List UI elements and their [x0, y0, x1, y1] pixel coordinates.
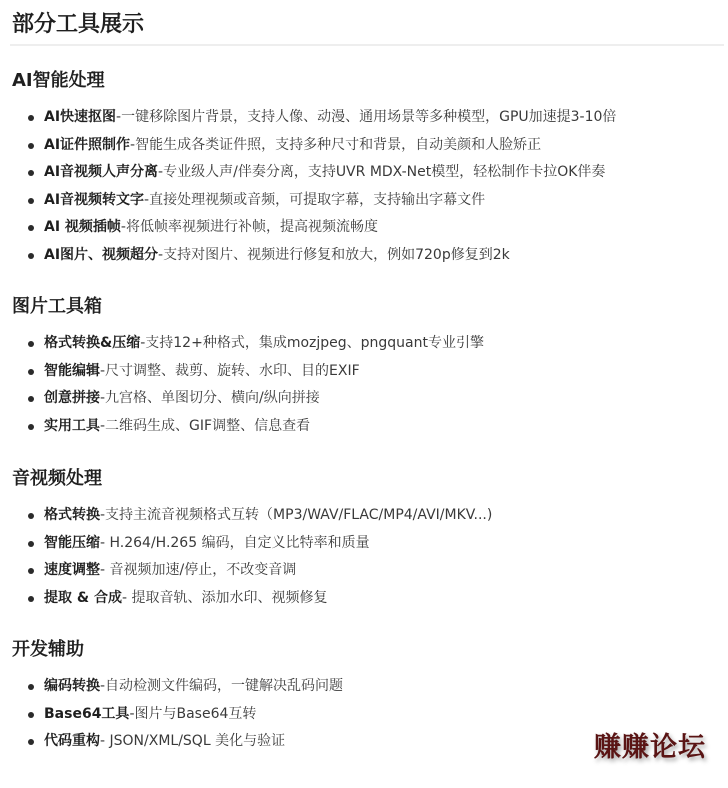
bullet-icon [28, 541, 34, 547]
feature-name: 实用工具 [44, 418, 100, 434]
bullet-icon [28, 739, 34, 745]
bullet-icon [28, 253, 34, 259]
feature-name: 代码重构 [44, 733, 100, 749]
watermark-logo: 赚赚论坛 [594, 725, 706, 764]
feature-desc: -图片与Base64互转 [129, 706, 256, 722]
bullet-icon [28, 170, 34, 176]
feature-name: AI证件照制作 [44, 137, 130, 153]
feature-name: 智能压缩 [44, 535, 100, 551]
feature-desc: -九宫格、单图切分、横向/纵向拼接 [100, 390, 320, 406]
list-item: 实用工具-二维码生成、GIF调整、信息查看 [28, 413, 728, 441]
feature-name: 提取 & 合成 [44, 590, 122, 606]
feature-desc: -直接处理视频或音频，可提取字幕，支持输出字幕文件 [144, 192, 485, 208]
list-item: Base64工具-图片与Base64互转 [28, 701, 728, 729]
feature-list: 格式转换&压缩-支持12+种格式，集成mozjpeg、pngquant专业引擎 … [12, 330, 728, 440]
bullet-icon [28, 341, 34, 347]
feature-name: 格式转换 [44, 507, 100, 523]
feature-list: AI快速抠图-一键移除图片背景，支持人像、动漫、通用场景等多种模型，GPU加速提… [12, 104, 728, 269]
section-heading: 音视频处理 [12, 466, 728, 492]
feature-desc: -智能生成各类证件照，支持多种尺寸和背景，自动美颜和人脸矫正 [130, 137, 541, 153]
feature-desc: -专业级人声/伴奏分离，支持UVR MDX-Net模型，轻松制作卡拉OK伴奏 [158, 164, 605, 180]
list-item: AI音视频人声分离-专业级人声/伴奏分离，支持UVR MDX-Net模型，轻松制… [28, 159, 728, 187]
feature-desc: -支持主流音视频格式互转（MP3/WAV/FLAC/MP4/AVI/MKV...… [100, 507, 492, 523]
bullet-icon [28, 115, 34, 121]
feature-list: 格式转换-支持主流音视频格式互转（MP3/WAV/FLAC/MP4/AVI/MK… [12, 502, 728, 612]
section-heading: AI智能处理 [12, 68, 728, 94]
list-item: AI证件照制作-智能生成各类证件照，支持多种尺寸和背景，自动美颜和人脸矫正 [28, 132, 728, 160]
bullet-icon [28, 596, 34, 602]
feature-desc: - 提取音轨、添加水印、视频修复 [122, 590, 328, 606]
feature-name: 创意拼接 [44, 390, 100, 406]
feature-desc: -一键移除图片背景，支持人像、动漫、通用场景等多种模型，GPU加速提3-10倍 [116, 109, 616, 125]
feature-desc: -支持对图片、视频进行修复和放大，例如720p修复到2k [158, 247, 510, 263]
feature-desc: -二维码生成、GIF调整、信息查看 [100, 418, 310, 434]
feature-name: AI 视频插帧 [44, 219, 121, 235]
list-item: 智能编辑-尺寸调整、裁剪、旋转、水印、目的EXIF [28, 358, 728, 386]
feature-desc: -尺寸调整、裁剪、旋转、水印、目的EXIF [100, 363, 360, 379]
feature-desc: - H.264/H.265 编码，自定义比特率和质量 [100, 535, 370, 551]
section-image-toolbox: 图片工具箱 格式转换&压缩-支持12+种格式，集成mozjpeg、pngquan… [12, 294, 728, 440]
feature-name: AI图片、视频超分 [44, 247, 158, 263]
section-audio-video: 音视频处理 格式转换-支持主流音视频格式互转（MP3/WAV/FLAC/MP4/… [12, 466, 728, 612]
bullet-icon [28, 568, 34, 574]
title-divider [10, 44, 724, 46]
page-title: 部分工具展示 [12, 8, 144, 42]
feature-name: AI音视频转文字 [44, 192, 144, 208]
list-item: 创意拼接-九宫格、单图切分、横向/纵向拼接 [28, 385, 728, 413]
feature-name: 格式转换&压缩 [44, 335, 140, 351]
list-item: AI快速抠图-一键移除图片背景，支持人像、动漫、通用场景等多种模型，GPU加速提… [28, 104, 728, 132]
section-heading: 开发辅助 [12, 637, 728, 663]
bullet-icon [28, 396, 34, 402]
feature-name: 编码转换 [44, 678, 100, 694]
list-item: AI音视频转文字-直接处理视频或音频，可提取字幕，支持输出字幕文件 [28, 187, 728, 215]
list-item: 编码转换-自动检测文件编码，一键解决乱码问题 [28, 673, 728, 701]
feature-desc: -将低帧率视频进行补帧，提高视频流畅度 [121, 219, 378, 235]
feature-desc: -支持12+种格式，集成mozjpeg、pngquant专业引擎 [140, 335, 484, 351]
section-heading: 图片工具箱 [12, 294, 728, 320]
bullet-icon [28, 198, 34, 204]
feature-desc: - JSON/XML/SQL 美化与验证 [100, 733, 285, 749]
section-ai-processing: AI智能处理 AI快速抠图-一键移除图片背景，支持人像、动漫、通用场景等多种模型… [12, 68, 728, 269]
bullet-icon [28, 369, 34, 375]
list-item: 智能压缩- H.264/H.265 编码，自定义比特率和质量 [28, 530, 728, 558]
feature-desc: -自动检测文件编码，一键解决乱码问题 [100, 678, 343, 694]
bullet-icon [28, 513, 34, 519]
feature-name: AI音视频人声分离 [44, 164, 158, 180]
bullet-icon [28, 684, 34, 690]
feature-name: AI快速抠图 [44, 109, 116, 125]
feature-name: 速度调整 [44, 562, 100, 578]
bullet-icon [28, 424, 34, 430]
feature-desc: - 音视频加速/停止，不改变音调 [100, 562, 296, 578]
bullet-icon [28, 143, 34, 149]
feature-name: Base64工具 [44, 706, 129, 722]
feature-name: 智能编辑 [44, 363, 100, 379]
list-item: 提取 & 合成- 提取音轨、添加水印、视频修复 [28, 585, 728, 613]
bullet-icon [28, 225, 34, 231]
list-item: 格式转换-支持主流音视频格式互转（MP3/WAV/FLAC/MP4/AVI/MK… [28, 502, 728, 530]
bullet-icon [28, 712, 34, 718]
list-item: AI图片、视频超分-支持对图片、视频进行修复和放大，例如720p修复到2k [28, 242, 728, 270]
list-item: 格式转换&压缩-支持12+种格式，集成mozjpeg、pngquant专业引擎 [28, 330, 728, 358]
list-item: 速度调整- 音视频加速/停止，不改变音调 [28, 557, 728, 585]
list-item: AI 视频插帧-将低帧率视频进行补帧，提高视频流畅度 [28, 214, 728, 242]
